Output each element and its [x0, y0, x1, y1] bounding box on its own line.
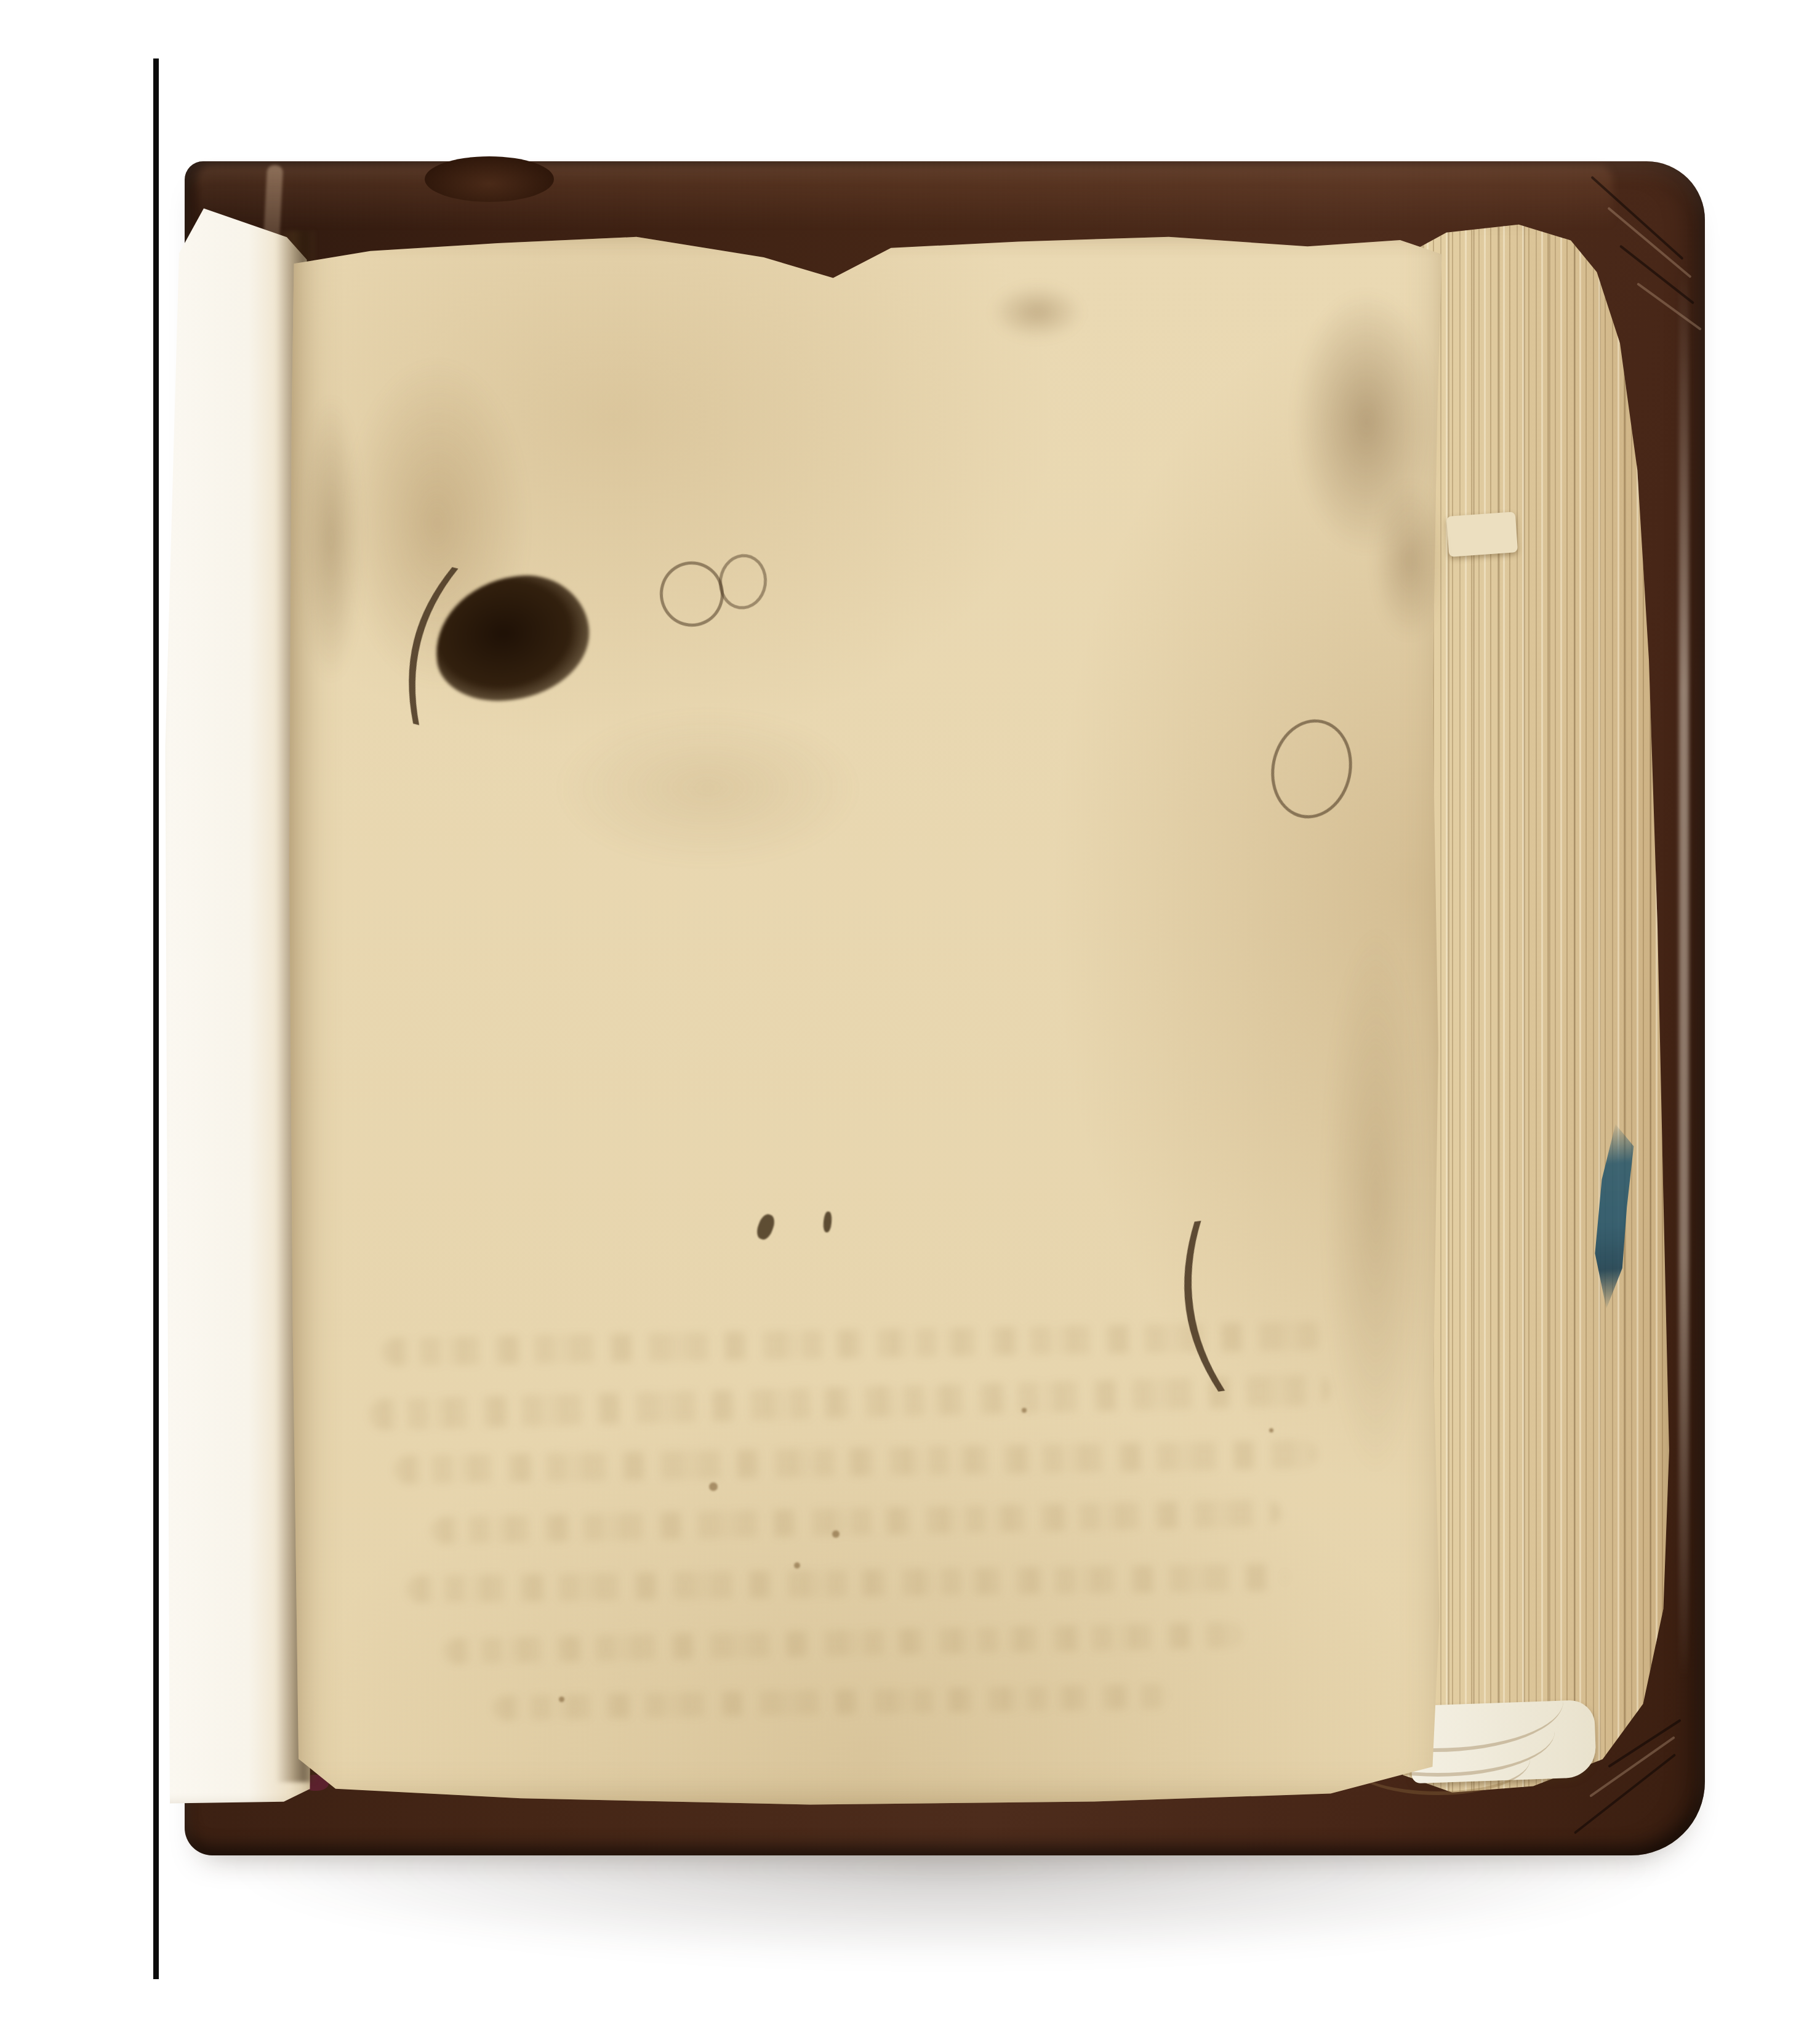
calibration-line	[153, 58, 159, 1979]
leather-headcap	[425, 156, 554, 202]
page-speck	[709, 1482, 718, 1491]
leather-fore-edge-highlight	[1679, 265, 1689, 1681]
fore-edge-paper-tab	[1446, 512, 1518, 557]
page-stain	[1323, 923, 1428, 1477]
page-stain	[300, 394, 362, 683]
page-stain	[991, 284, 1083, 340]
page-stain	[1373, 480, 1446, 640]
page-stain	[554, 708, 862, 868]
photo-stage: נשא יה' שיני וג' ונקרא דינור וכו'הולצו מ…	[0, 0, 1820, 2029]
page-speck	[559, 1697, 564, 1702]
page-speck	[794, 1562, 800, 1569]
leather-top-sheen	[197, 165, 1613, 239]
page-speck	[832, 1530, 840, 1538]
page-speck	[1269, 1428, 1273, 1432]
page-speck	[1022, 1408, 1027, 1413]
